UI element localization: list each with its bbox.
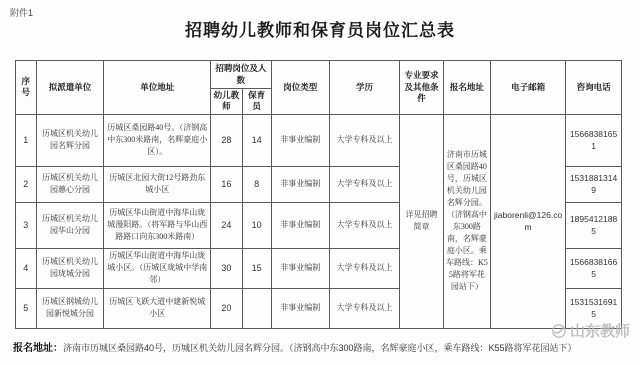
cell-type: 非事业编制 xyxy=(271,248,329,288)
header-address: 单位地址 xyxy=(104,61,211,115)
cell-nurse-count: 10 xyxy=(242,202,271,248)
cell-address: 历城区桑园路40号。（济钢高中东300米路南，名辉豪庭小区）。 xyxy=(104,114,211,166)
cell-phone: 15668381651 xyxy=(566,114,622,166)
cell-email-merged: jiaborenli@126.com xyxy=(491,114,566,328)
header-email: 电子邮箱 xyxy=(491,61,566,115)
footer-note-text: 济南市历城区桑园路40号，历城区机关幼儿园名辉分园。（济钢高中东300路南，名辉… xyxy=(63,343,577,353)
header-education: 学历 xyxy=(329,61,399,115)
cell-nurse-count xyxy=(242,288,271,328)
header-unit: 拟派遣单位 xyxy=(36,61,104,115)
header-teacher: 幼儿教师 xyxy=(211,89,243,115)
header-reg-address: 报名地址 xyxy=(443,61,490,115)
shandong-teacher-logo-icon xyxy=(551,323,567,339)
cell-no: 5 xyxy=(16,288,37,328)
header-row-top: 序号 拟派遣单位 单位地址 招聘岗位及人数 岗位类型 学历 专业要求及其他条件 … xyxy=(16,61,622,89)
header-recruit-group: 招聘岗位及人数 xyxy=(211,61,272,89)
page-title: 招聘幼儿教师和保育员岗位汇总表 xyxy=(0,16,640,41)
cell-education: 大学专科及以上 xyxy=(329,248,399,288)
cell-education: 大学专科及以上 xyxy=(329,114,399,166)
cell-teacher-count: 30 xyxy=(211,248,243,288)
cell-type: 非事业编制 xyxy=(271,114,329,166)
cell-type: 非事业编制 xyxy=(271,288,329,328)
cell-no: 3 xyxy=(16,202,37,248)
cell-requirements-merged: 详见招聘简章 xyxy=(400,114,444,328)
cell-type: 非事业编制 xyxy=(271,166,329,202)
table-row: 1 历城区机关幼儿园名辉分园 历城区桑园路40号。（济钢高中东300米路南，名辉… xyxy=(16,114,622,166)
cell-phone: 15668381665 xyxy=(566,248,622,288)
cell-education: 大学专科及以上 xyxy=(329,166,399,202)
cell-teacher-count: 20 xyxy=(211,288,243,328)
cell-unit: 历城区机关幼儿园名辉分园 xyxy=(36,114,104,166)
cell-education: 大学专科及以上 xyxy=(329,288,399,328)
cell-reg-address-merged: 济南市历城区桑园路40号，历城区机关幼儿园名辉分园。（济钢高中东300路南，名辉… xyxy=(443,114,490,328)
cell-no: 1 xyxy=(16,114,37,166)
cell-unit: 历城区机关幼儿园蕙心分园 xyxy=(36,166,104,202)
cell-type: 非事业编制 xyxy=(271,202,329,248)
cell-unit: 历城区钢城幼儿园新悦城分园 xyxy=(36,288,104,328)
watermark: 山东教师 xyxy=(551,320,630,341)
header-type: 岗位类型 xyxy=(271,61,329,115)
cell-address: 历城区飞跃大道中建新悦城小区 xyxy=(104,288,211,328)
footer-note-label: 报名地址： xyxy=(13,343,63,354)
cell-nurse-count: 14 xyxy=(242,114,271,166)
footer-note: 报名地址：济南市历城区桑园路40号，历城区机关幼儿园名辉分园。（济钢高中东300… xyxy=(13,339,633,354)
header-requirements: 专业要求及其他条件 xyxy=(400,61,444,115)
cell-education: 大学专科及以上 xyxy=(329,202,399,248)
cell-nurse-count: 8 xyxy=(242,166,271,202)
cell-no: 2 xyxy=(16,166,37,202)
cell-teacher-count: 16 xyxy=(211,166,243,202)
cell-address: 历城区北园大街12号路劲东城小区 xyxy=(104,166,211,202)
cell-address: 历城区华山街道中海华山珑城小区。（历城区珑城中学南邻） xyxy=(104,248,211,288)
cell-teacher-count: 28 xyxy=(211,114,243,166)
header-no: 序号 xyxy=(16,61,37,115)
cell-nurse-count: 15 xyxy=(242,248,271,288)
cell-unit: 历城区机关幼儿园珑城分园 xyxy=(36,248,104,288)
cell-unit: 历城区机关幼儿园华山分园 xyxy=(36,202,104,248)
cell-phone: 18954121885 xyxy=(566,202,622,248)
cell-address: 历城区华山街道中海华山珑城漫阳路。（将军路与华山西路路口向东300米路南） xyxy=(104,202,211,248)
cell-phone: 15318813149 xyxy=(566,166,622,202)
header-nurse: 保育员 xyxy=(242,89,271,115)
cell-no: 4 xyxy=(16,248,37,288)
watermark-text: 山东教师 xyxy=(570,320,630,341)
recruitment-table: 序号 拟派遣单位 单位地址 招聘岗位及人数 岗位类型 学历 专业要求及其他条件 … xyxy=(15,60,622,329)
cell-teacher-count: 24 xyxy=(211,202,243,248)
header-phone: 咨询电话 xyxy=(566,61,622,115)
